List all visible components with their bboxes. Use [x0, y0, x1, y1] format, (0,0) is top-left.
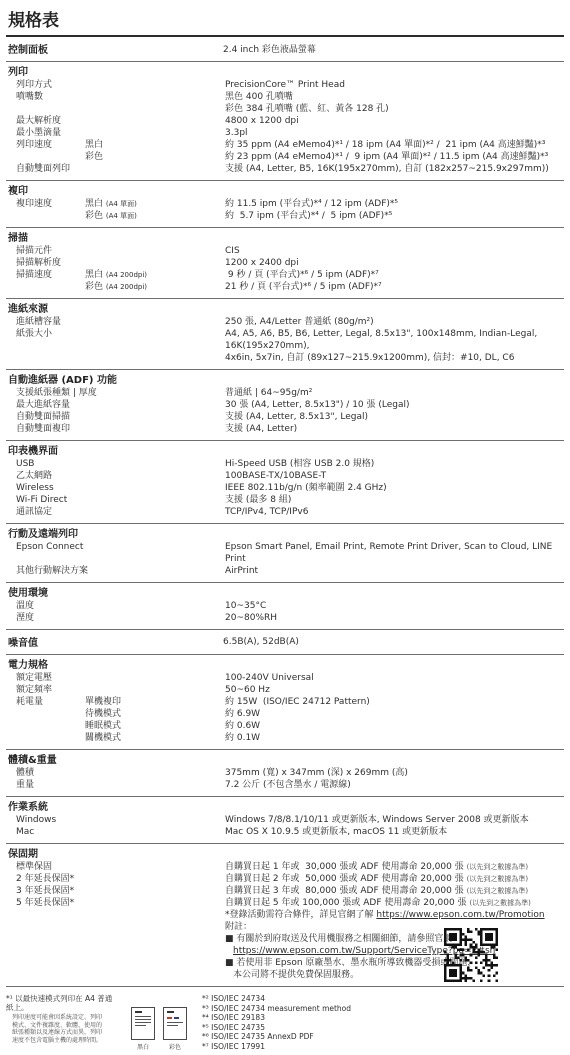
row-value-line: 10~35°C [225, 600, 564, 612]
section-title: 掃描 [6, 232, 564, 245]
row-labels: 噴嘴數 [16, 91, 225, 115]
pickup-service-bullet: ■ 有關於到府取送及代用機服務之相關細節，請參照官網 [225, 933, 564, 945]
row-labels: 掃描元件 [16, 245, 225, 257]
row-value-text: 21 秒 / 頁 (平台式)*⁶ / 5 ipm (ADF)*⁷ [225, 282, 382, 292]
row-value-text: 20~80%RH [225, 613, 277, 623]
row-labels: 掃描解析度 [16, 257, 225, 269]
row-label: 自動雙面掃描 [16, 411, 70, 423]
spec-row: 掃描速度黑白 (A4 200dpi) 9 秒 / 頁 (平台式)*⁶ / 5 i… [6, 269, 564, 281]
color-sample: 彩色 [162, 1007, 188, 1051]
spec-section: 進紙來源進紙槽容量250 張, A4/Letter 普通紙 (80g/m²)紙張… [6, 299, 564, 370]
row-value-line: 約 0.6W [225, 720, 564, 732]
row-value: 支援 (最多 8 組) [225, 494, 564, 506]
print-sample-thumbnails: 黑白 彩色 [130, 994, 190, 1051]
row-value: 支援 (A4, Letter, 8.5x13", Legal) [225, 411, 564, 423]
promo-registration-line: *登錄活動需符合條件，詳見官網了解 https://www.epson.com.… [225, 909, 564, 921]
row-sublabel: 黑白 (A4 單面) [85, 198, 137, 210]
row-value-line: Mac OS X 10.9.5 或更新版本, macOS 11 或更新版本 [225, 826, 564, 838]
support-link-line: https://www.epson.com.tw/Support/Service… [225, 945, 564, 957]
row-value-text: 支援 (A4, Letter, 8.5x13", Legal) [225, 412, 368, 422]
row-value-text: 約 6.9W [225, 709, 260, 719]
row-value-text: 自購買日起 3 年或 80,000 張或 ADF 使用壽命 20,000 張 [225, 886, 467, 896]
section-title: 使用環境 [6, 587, 564, 600]
row-label: 最大進紙容量 [16, 399, 70, 411]
spec-row: 通訊協定TCP/IPv4, TCP/IPv6 [6, 506, 564, 518]
row-sublabel-note: (A4 200dpi) [106, 271, 147, 279]
bw-sample: 黑白 [130, 1007, 156, 1051]
iso-footnotes: *² ISO/IEC 24734*³ ISO/IEC 24734 measure… [202, 994, 351, 1051]
iso-footnote-line: *⁵ ISO/IEC 24735 [202, 1023, 351, 1033]
spec-section: 列印列印方式PrecisionCore™ Print Head噴嘴數黑色 400… [6, 62, 564, 181]
row-value-line: 100BASE-TX/10BASE-T [225, 470, 564, 482]
row-label: 自動雙面列印 [16, 163, 70, 175]
qr-code [444, 928, 498, 982]
iso-footnote-line: *⁴ ISO/IEC 29183 [202, 1013, 351, 1023]
spec-row: 3 年延長保固*自購買日起 3 年或 80,000 張或 ADF 使用壽命 20… [6, 885, 564, 897]
row-label: 溼度 [16, 612, 34, 624]
row-value-line: A4, A5, A6, B5, B6, Letter, Legal, 8.5x1… [225, 328, 564, 352]
row-value-line: 支援 (最多 8 組) [225, 494, 564, 506]
row-value: 375mm (寬) x 347mm (深) x 269mm (高) [225, 767, 564, 779]
row-labels: 自動雙面掃描 [16, 411, 225, 423]
bw-sample-page-icon [131, 1007, 155, 1040]
row-label: 掃描元件 [16, 245, 52, 257]
row-labels: 彩色 (A4 200dpi) [16, 281, 225, 293]
row-labels: 睡眠模式 [16, 720, 225, 732]
row-value-line: 250 張, A4/Letter 普通紙 (80g/m²) [225, 316, 564, 328]
row-sublabel: 黑白 [85, 139, 103, 151]
row-value-line: 1200 x 2400 dpi [225, 257, 564, 269]
row-label: 支援紙張種類 | 厚度 [16, 387, 97, 399]
row-labels: USB [16, 458, 225, 470]
row-value: 黑色 400 孔噴嘴彩色 384 孔噴嘴 (藍、紅、黃各 128 孔) [225, 91, 564, 115]
row-value-line: 375mm (寬) x 347mm (深) x 269mm (高) [225, 767, 564, 779]
iso-footnote-line: *⁶ ISO/IEC 24735 AnnexD PDF [202, 1032, 351, 1042]
spec-row: MacMac OS X 10.9.5 或更新版本, macOS 11 或更新版本 [6, 826, 564, 838]
row-value: 自購買日起 1 年或 30,000 張或 ADF 使用壽命 20,000 張 (… [225, 861, 564, 873]
row-value-text: 4x6in, 5x7in, 自訂 (89x127~215.9x1200mm), … [225, 353, 514, 363]
spec-section: 電力規格額定電壓100-240V Universal額定頻率50~60 Hz耗電… [6, 655, 564, 750]
row-label: 乙太網路 [16, 470, 52, 482]
row-value: 10~35°C [225, 600, 564, 612]
section-title: 噪音值 [6, 634, 223, 649]
spec-row: 紙張大小A4, A5, A6, B5, B6, Letter, Legal, 8… [6, 328, 564, 364]
row-label: 溫度 [16, 600, 34, 612]
row-value-line: Windows 7/8/8.1/10/11 或更新版本, Windows Ser… [225, 814, 564, 826]
row-value-text: AirPrint [225, 566, 258, 576]
row-labels: Mac [16, 826, 225, 838]
warranty-condition-note: (以先到之數據為準) [467, 887, 528, 895]
section-title: 控制面板 [6, 41, 223, 56]
spec-row: 彩色約 23 ppm (A4 eMemo4)*¹ / 9 ipm (A4 單面)… [6, 151, 564, 163]
row-value: TCP/IPv4, TCP/IPv6 [225, 506, 564, 518]
row-value-text: 250 張, A4/Letter 普通紙 (80g/m²) [225, 317, 374, 327]
row-sublabel-text: 彩色 [85, 152, 103, 162]
spec-row: 自動雙面複印支援 (A4, Letter) [6, 423, 564, 435]
row-value-text: 自購買日起 1 年或 30,000 張或 ADF 使用壽命 20,000 張 [225, 862, 467, 872]
row-value: 20~80%RH [225, 612, 564, 624]
row-value: 4800 x 1200 dpi [225, 115, 564, 127]
section-title: 印表機界面 [6, 445, 564, 458]
spec-row: 自動雙面列印支援 (A4, Letter, B5, 16K(195x270mm)… [6, 163, 564, 175]
warranty-condition-note: (以先到之數據為準) [467, 863, 528, 871]
non-genuine-ink-bullet-line2: 本公司將不提供免費保固服務。 [225, 969, 564, 981]
row-value: 支援 (A4, Letter) [225, 423, 564, 435]
row-value-line: 自購買日起 2 年或 50,000 張或 ADF 使用壽命 20,000 張 (… [225, 873, 564, 885]
row-label: Mac [16, 826, 34, 838]
row-value-line: 50~60 Hz [225, 684, 564, 696]
row-value-text: CIS [225, 246, 240, 256]
row-value-line: 約 35 ppm (A4 eMemo4)*¹ / 18 ipm (A4 單面)*… [225, 139, 564, 151]
row-label: 最大解析度 [16, 115, 61, 127]
spec-row: 溫度10~35°C [6, 600, 564, 612]
spec-section: 控制面板2.4 inch 彩色液晶螢幕 [6, 37, 564, 62]
row-value: Windows 7/8/8.1/10/11 或更新版本, Windows Ser… [225, 814, 564, 826]
row-value-text: Hi-Speed USB (相容 USB 2.0 規格) [225, 459, 374, 469]
row-sublabel-text: 單機複印 [85, 697, 121, 707]
row-value-text: 約 0.6W [225, 721, 260, 731]
row-value-text: 375mm (寬) x 347mm (深) x 269mm (高) [225, 768, 408, 778]
section-title: 自動進紙器 (ADF) 功能 [6, 374, 564, 387]
row-label: Windows [16, 814, 56, 826]
spec-section: 印表機界面USBHi-Speed USB (相容 USB 2.0 規格)乙太網路… [6, 441, 564, 524]
row-value: 約 5.7 ipm (平台式)*⁴ / 5 ipm (ADF)*⁵ [225, 210, 564, 222]
row-value: 2.4 inch 彩色液晶螢幕 [223, 42, 316, 55]
row-value-text: 7.2 公斤 (不包含墨水 / 電源線) [225, 780, 351, 790]
spec-row: 最大解析度4800 x 1200 dpi [6, 115, 564, 127]
spec-row: 乙太網路100BASE-TX/10BASE-T [6, 470, 564, 482]
section-title: 行動及遠端列印 [6, 528, 564, 541]
row-label: 5 年延長保固* [16, 897, 74, 909]
row-value-text: TCP/IPv4, TCP/IPv6 [225, 507, 308, 517]
row-sublabel-text: 黑白 [85, 199, 103, 209]
row-value: 1200 x 2400 dpi [225, 257, 564, 269]
row-value-line: 21 秒 / 頁 (平台式)*⁶ / 5 ipm (ADF)*⁷ [225, 281, 564, 293]
row-value: 自購買日起 2 年或 50,000 張或 ADF 使用壽命 20,000 張 (… [225, 873, 564, 885]
spec-row: 溼度20~80%RH [6, 612, 564, 624]
row-labels: 3 年延長保固* [16, 885, 225, 897]
row-labels: 支援紙張種類 | 厚度 [16, 387, 225, 399]
row-labels: 自動雙面複印 [16, 423, 225, 435]
row-labels: 列印方式 [16, 79, 225, 91]
row-labels: 最小墨滴量 [16, 127, 225, 139]
row-label: 列印速度 [16, 139, 52, 151]
row-labels: 紙張大小 [16, 328, 225, 364]
spec-section: 自動進紙器 (ADF) 功能支援紙張種類 | 厚度普通紙 | 64~95g/m²… [6, 370, 564, 441]
row-value: 自購買日起 3 年或 80,000 張或 ADF 使用壽命 20,000 張 (… [225, 885, 564, 897]
spec-section: 行動及遠端列印Epson ConnectEpson Smart Panel, E… [6, 524, 564, 583]
row-value-line: 黑色 400 孔噴嘴 [225, 91, 564, 103]
color-sample-page-icon [163, 1007, 187, 1040]
row-labels: 掃描速度黑白 (A4 200dpi) [16, 269, 225, 281]
row-sublabel: 彩色 [85, 151, 103, 163]
row-value-line: 約 0.1W [225, 732, 564, 744]
iso-footnote-line: *⁷ ISO/IEC 17991 [202, 1042, 351, 1052]
spec-row: 彩色 (A4 200dpi)21 秒 / 頁 (平台式)*⁶ / 5 ipm (… [6, 281, 564, 293]
row-labels: 彩色 [16, 151, 225, 163]
footnote-1-line: 速度不包含電腦主機的處理時間。 [12, 1037, 118, 1045]
row-value-text: PrecisionCore™ Print Head [225, 80, 345, 90]
spec-row: 額定電壓100-240V Universal [6, 672, 564, 684]
inline-spec-row: 控制面板2.4 inch 彩色液晶螢幕 [6, 37, 564, 61]
spec-row: 最小墨滴量3.3pl [6, 127, 564, 139]
spec-row: WindowsWindows 7/8/8.1/10/11 或更新版本, Wind… [6, 814, 564, 826]
footnote-1-line: 模式、文件複雜度、軟體、使用的 [12, 1022, 118, 1030]
row-value-text: 約 35 ppm (A4 eMemo4)*¹ / 18 ipm (A4 單面)*… [225, 140, 545, 150]
row-value: Hi-Speed USB (相容 USB 2.0 規格) [225, 458, 564, 470]
promo-link[interactable]: https://www.epson.com.tw/Promotion [376, 910, 544, 920]
spec-sections: 控制面板2.4 inch 彩色液晶螢幕列印列印方式PrecisionCore™ … [6, 37, 564, 987]
row-value-line: CIS [225, 245, 564, 257]
row-value: 50~60 Hz [225, 684, 564, 696]
spec-row: Epson ConnectEpson Smart Panel, Email Pr… [6, 541, 564, 565]
row-labels: 乙太網路 [16, 470, 225, 482]
row-value: 自購買日起 5 年或 100,000 張或 ADF 使用壽命 20,000 張 … [225, 897, 564, 909]
row-value-text: 自購買日起 2 年或 50,000 張或 ADF 使用壽命 20,000 張 [225, 874, 467, 884]
row-sublabel-note: (A4 單面) [106, 212, 137, 220]
row-label: 通訊協定 [16, 506, 52, 518]
color-sample-label: 彩色 [162, 1042, 188, 1051]
row-value: 100BASE-TX/10BASE-T [225, 470, 564, 482]
row-value-line: 彩色 384 孔噴嘴 (藍、紅、黃各 128 孔) [225, 103, 564, 115]
row-label: 標準保固 [16, 861, 52, 873]
page-title: 規格表 [8, 6, 564, 31]
row-labels: 耗電量單機複印 [16, 696, 225, 708]
row-value-line: Epson Smart Panel, Email Print, Remote P… [225, 541, 564, 565]
row-label: 自動雙面複印 [16, 423, 70, 435]
row-value-line: AirPrint [225, 565, 564, 577]
row-value: 250 張, A4/Letter 普通紙 (80g/m²) [225, 316, 564, 328]
spec-section: 噪音值6.5B(A), 52dB(A) [6, 630, 564, 655]
row-label: 進紙槽容量 [16, 316, 61, 328]
row-labels: 最大解析度 [16, 115, 225, 127]
spec-section: 掃描掃描元件CIS掃描解析度1200 x 2400 dpi掃描速度黑白 (A4 … [6, 228, 564, 299]
row-label: 掃描速度 [16, 269, 52, 281]
row-value: 6.5B(A), 52dB(A) [223, 637, 299, 647]
row-value-text: 約 11.5 ipm (平台式)*⁴ / 12 ipm (ADF)*⁵ [225, 199, 398, 209]
row-label: Wi-Fi Direct [16, 494, 67, 506]
row-value-text: 1200 x 2400 dpi [225, 258, 299, 268]
row-value-line: IEEE 802.11b/g/n (頻率範圍 2.4 GHz) [225, 482, 564, 494]
row-value-text: 100BASE-TX/10BASE-T [225, 471, 326, 481]
inline-spec-row: 噪音值6.5B(A), 52dB(A) [6, 630, 564, 654]
row-label: 額定頻率 [16, 684, 52, 696]
row-value-line: PrecisionCore™ Print Head [225, 79, 564, 91]
row-labels: 關機模式 [16, 732, 225, 744]
spec-row: 關機模式約 0.1W [6, 732, 564, 744]
spec-row: 額定頻率50~60 Hz [6, 684, 564, 696]
row-value-text: 約 23 ppm (A4 eMemo4)*¹ / 9 ipm (A4 單面)*²… [225, 152, 548, 162]
spec-row: 複印速度黑白 (A4 單面)約 11.5 ipm (平台式)*⁴ / 12 ip… [6, 198, 564, 210]
row-value-line: 約 11.5 ipm (平台式)*⁴ / 12 ipm (ADF)*⁵ [225, 198, 564, 210]
row-value-text: 10~35°C [225, 601, 266, 611]
row-value: Mac OS X 10.9.5 或更新版本, macOS 11 或更新版本 [225, 826, 564, 838]
row-value: CIS [225, 245, 564, 257]
row-labels: 2 年延長保固* [16, 873, 225, 885]
promo-text: *登錄活動需符合條件，詳見官網了解 [225, 910, 376, 920]
row-value-text: 約 5.7 ipm (平台式)*⁴ / 5 ipm (ADF)*⁵ [225, 211, 392, 221]
row-labels: Windows [16, 814, 225, 826]
spec-section: 複印複印速度黑白 (A4 單面)約 11.5 ipm (平台式)*⁴ / 12 … [6, 181, 564, 228]
page-header: 規格表 [6, 6, 564, 37]
row-value-line: 自購買日起 1 年或 30,000 張或 ADF 使用壽命 20,000 張 (… [225, 861, 564, 873]
row-value: 普通紙 | 64~95g/m² [225, 387, 564, 399]
bw-sample-label: 黑白 [130, 1042, 156, 1051]
row-label: 其他行動解決方案 [16, 565, 88, 577]
row-sublabel-text: 睡眠模式 [85, 721, 121, 731]
section-title: 列印 [6, 66, 564, 79]
row-sublabel: 單機複印 [85, 696, 121, 708]
spec-row: 其他行動解決方案AirPrint [6, 565, 564, 577]
row-value-line: TCP/IPv4, TCP/IPv6 [225, 506, 564, 518]
row-label: 列印方式 [16, 79, 52, 91]
row-value: 約 15W (ISO/IEC 24712 Pattern) [225, 696, 564, 708]
row-value: 21 秒 / 頁 (平台式)*⁶ / 5 ipm (ADF)*⁷ [225, 281, 564, 293]
spec-row: 進紙槽容量250 張, A4/Letter 普通紙 (80g/m²) [6, 316, 564, 328]
row-sublabel-text: 黑白 [85, 140, 103, 150]
spec-row: 列印方式PrecisionCore™ Print Head [6, 79, 564, 91]
spec-row: 列印速度黑白約 35 ppm (A4 eMemo4)*¹ / 18 ipm (A… [6, 139, 564, 151]
row-labels: 自動雙面列印 [16, 163, 225, 175]
row-sublabel: 黑白 (A4 200dpi) [85, 269, 147, 281]
section-title: 複印 [6, 185, 564, 198]
row-value-text: 100-240V Universal [225, 673, 314, 683]
row-value-line: 7.2 公斤 (不包含墨水 / 電源線) [225, 779, 564, 791]
row-value-text: 約 0.1W [225, 733, 260, 743]
row-label: 額定電壓 [16, 672, 52, 684]
row-labels: 體積 [16, 767, 225, 779]
row-sublabel-text: 彩色 [85, 282, 103, 292]
row-label: 最小墨滴量 [16, 127, 61, 139]
row-sublabel-text: 黑白 [85, 270, 103, 280]
row-value-text: IEEE 802.11b/g/n (頻率範圍 2.4 GHz) [225, 483, 387, 493]
section-title: 進紙來源 [6, 303, 564, 316]
row-label: 2 年延長保固* [16, 873, 74, 885]
row-value: 約 35 ppm (A4 eMemo4)*¹ / 18 ipm (A4 單面)*… [225, 139, 564, 151]
row-value-text: 30 張 (A4, Letter, 8.5x13") / 10 張 (Legal… [225, 400, 410, 410]
row-value-line: 支援 (A4, Letter, B5, 16K(195x270mm), 自訂 (… [225, 163, 564, 175]
row-value-line: 自購買日起 3 年或 80,000 張或 ADF 使用壽命 20,000 張 (… [225, 885, 564, 897]
row-value-text: Windows 7/8/8.1/10/11 或更新版本, Windows Ser… [225, 815, 529, 825]
spec-row: 最大進紙容量30 張 (A4, Letter, 8.5x13") / 10 張 … [6, 399, 564, 411]
row-value-text: 支援 (A4, Letter, B5, 16K(195x270mm), 自訂 (… [225, 164, 549, 174]
spec-row: 重量7.2 公斤 (不包含墨水 / 電源線) [6, 779, 564, 791]
row-value: 約 23 ppm (A4 eMemo4)*¹ / 9 ipm (A4 單面)*²… [225, 151, 564, 163]
row-labels: 5 年延長保固* [16, 897, 225, 909]
spec-section: 作業系統WindowsWindows 7/8/8.1/10/11 或更新版本, … [6, 797, 564, 844]
spec-row: 睡眠模式約 0.6W [6, 720, 564, 732]
row-label: 複印速度 [16, 198, 52, 210]
spec-section: 體積&重量體積375mm (寬) x 347mm (深) x 269mm (高)… [6, 750, 564, 797]
row-labels: 額定頻率 [16, 684, 225, 696]
row-label: 噴嘴數 [16, 91, 43, 103]
row-value-line: 20~80%RH [225, 612, 564, 624]
row-labels: 最大進紙容量 [16, 399, 225, 411]
row-labels: 複印速度黑白 (A4 單面) [16, 198, 225, 210]
row-labels: 標準保固 [16, 861, 225, 873]
row-sublabel-text: 彩色 [85, 211, 103, 221]
row-value: A4, A5, A6, B5, B6, Letter, Legal, 8.5x1… [225, 328, 564, 364]
spec-row: 彩色 (A4 單面)約 5.7 ipm (平台式)*⁴ / 5 ipm (ADF… [6, 210, 564, 222]
row-value: IEEE 802.11b/g/n (頻率範圍 2.4 GHz) [225, 482, 564, 494]
row-labels: 列印速度黑白 [16, 139, 225, 151]
row-value-text: 9 秒 / 頁 (平台式)*⁶ / 5 ipm (ADF)*⁷ [225, 270, 379, 280]
row-value-text: 彩色 384 孔噴嘴 (藍、紅、黃各 128 孔) [225, 104, 389, 114]
row-value-line: 約 15W (ISO/IEC 24712 Pattern) [225, 696, 564, 708]
row-value-text: Mac OS X 10.9.5 或更新版本, macOS 11 或更新版本 [225, 827, 447, 837]
warranty-extras: *登錄活動需符合條件，詳見官網了解 https://www.epson.com.… [225, 909, 564, 981]
spec-row: WirelessIEEE 802.11b/g/n (頻率範圍 2.4 GHz) [6, 482, 564, 494]
row-sublabel: 睡眠模式 [85, 720, 121, 732]
spec-row: 支援紙張種類 | 厚度普通紙 | 64~95g/m² [6, 387, 564, 399]
row-value: 100-240V Universal [225, 672, 564, 684]
row-labels: Wi-Fi Direct [16, 494, 225, 506]
spec-sheet-page: 規格表 控制面板2.4 inch 彩色液晶螢幕列印列印方式PrecisionCo… [0, 0, 570, 1051]
row-label: 體積 [16, 767, 34, 779]
row-value: 30 張 (A4, Letter, 8.5x13") / 10 張 (Legal… [225, 399, 564, 411]
row-value-line: 普通紙 | 64~95g/m² [225, 387, 564, 399]
row-value-text: 50~60 Hz [225, 685, 270, 695]
row-value: 3.3pl [225, 127, 564, 139]
row-value: Epson Smart Panel, Email Print, Remote P… [225, 541, 564, 565]
spec-section: 保固期標準保固自購買日起 1 年或 30,000 張或 ADF 使用壽命 20,… [6, 844, 564, 987]
row-value-text: 普通紙 | 64~95g/m² [225, 388, 312, 398]
row-sublabel: 待機模式 [85, 708, 121, 720]
row-labels: 溫度 [16, 600, 225, 612]
row-label: 耗電量 [16, 696, 43, 708]
non-genuine-ink-bullet: ■ 若使用非 Epson 原廠墨水、墨水瓶所導致機器受損或問題， [225, 957, 564, 969]
row-value-line: 4x6in, 5x7in, 自訂 (89x127~215.9x1200mm), … [225, 352, 564, 364]
row-value-text: 黑色 400 孔噴嘴 [225, 92, 293, 102]
spec-row: USBHi-Speed USB (相容 USB 2.0 規格) [6, 458, 564, 470]
row-value-line: 約 23 ppm (A4 eMemo4)*¹ / 9 ipm (A4 單面)*²… [225, 151, 564, 163]
row-label: 掃描解析度 [16, 257, 61, 269]
row-value-line: 9 秒 / 頁 (平台式)*⁶ / 5 ipm (ADF)*⁷ [225, 269, 564, 281]
row-value: PrecisionCore™ Print Head [225, 79, 564, 91]
row-sublabel-text: 關機模式 [85, 733, 121, 743]
row-value-line: Hi-Speed USB (相容 USB 2.0 規格) [225, 458, 564, 470]
row-value-text: Epson Smart Panel, Email Print, Remote P… [225, 542, 555, 564]
row-value: 支援 (A4, Letter, B5, 16K(195x270mm), 自訂 (… [225, 163, 564, 175]
row-value-line: 約 6.9W [225, 708, 564, 720]
row-labels: 溼度 [16, 612, 225, 624]
row-value-line: 自購買日起 5 年或 100,000 張或 ADF 使用壽命 20,000 張 … [225, 897, 564, 909]
row-sublabel-note: (A4 單面) [106, 200, 137, 208]
iso-footnote-line: *² ISO/IEC 24734 [202, 994, 351, 1004]
row-sublabel: 關機模式 [85, 732, 121, 744]
spec-row: Wi-Fi Direct支援 (最多 8 組) [6, 494, 564, 506]
spec-row: 自動雙面掃描支援 (A4, Letter, 8.5x13", Legal) [6, 411, 564, 423]
spec-row: 標準保固自購買日起 1 年或 30,000 張或 ADF 使用壽命 20,000… [6, 861, 564, 873]
footnote-1-title: *¹ 以最快速模式列印在 A4 普通紙上。 [6, 994, 118, 1012]
row-label: USB [16, 458, 34, 470]
row-sublabel-note: (A4 200dpi) [106, 283, 147, 291]
row-label: Epson Connect [16, 541, 83, 553]
spec-row: 掃描解析度1200 x 2400 dpi [6, 257, 564, 269]
section-title: 電力規格 [6, 659, 564, 672]
section-title: 保固期 [6, 848, 564, 861]
row-value: 約 6.9W [225, 708, 564, 720]
row-value-text: 自購買日起 5 年或 100,000 張或 ADF 使用壽命 20,000 張 [225, 898, 469, 908]
row-value: 約 11.5 ipm (平台式)*⁴ / 12 ipm (ADF)*⁵ [225, 198, 564, 210]
row-value: 約 0.6W [225, 720, 564, 732]
footnote-1: *¹ 以最快速模式列印在 A4 普通紙上。 列印速度可能會因系統設定、列印模式、… [6, 994, 118, 1051]
row-sublabel: 彩色 (A4 200dpi) [85, 281, 147, 293]
section-title: 體積&重量 [6, 754, 564, 767]
row-value: 7.2 公斤 (不包含墨水 / 電源線) [225, 779, 564, 791]
row-label: 3 年延長保固* [16, 885, 74, 897]
row-value-line: 約 5.7 ipm (平台式)*⁴ / 5 ipm (ADF)*⁵ [225, 210, 564, 222]
